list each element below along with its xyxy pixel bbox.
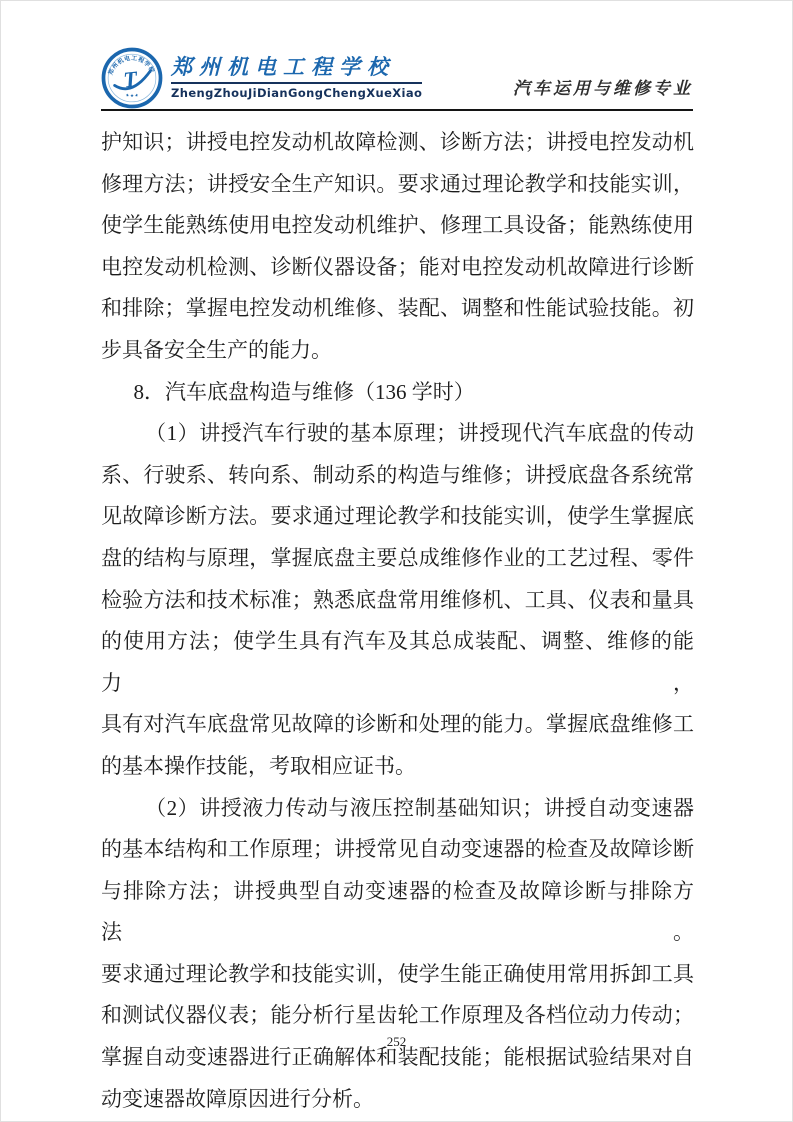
page-header: 郑州机电工程学校 T ★ ★ ★ 郑州机电工程学校 ZhengZhouJiDia… — [101, 45, 693, 109]
text-line: 使学生能熟练使用电控发动机维护、修理工具设备；能熟练使用 — [101, 205, 694, 247]
text-line: 的基本结构和工作原理；讲授常见自动变速器的检查及故障诊断 — [101, 829, 694, 871]
school-name-block: 郑州机电工程学校 ZhengZhouJiDianGongChengXueXiao — [171, 56, 422, 100]
text-line: 动变速器故障原因进行分析。 — [101, 1079, 694, 1121]
text-line: 要求通过理论教学和技能实训，使学生能正确使用常用拆卸工具 — [101, 954, 694, 996]
document-body: 护知识；讲授电控发动机故障检测、诊断方法；讲授电控发动机修理方法；讲授安全生产知… — [101, 122, 694, 1120]
text-line: 检验方法和技术标准；熟悉底盘常用维修机、工具、仪表和量具 — [101, 580, 694, 622]
page-footer: 252 — [1, 1034, 792, 1050]
header-divider — [101, 109, 693, 111]
text-line: （1）讲授汽车行驶的基本原理；讲授现代汽车底盘的传动 — [101, 413, 694, 455]
school-name: 郑州机电工程学校 — [171, 56, 422, 84]
text-line: 和排除；掌握电控发动机维修、装配、调整和性能试验技能。初 — [101, 288, 694, 330]
text-line: 和测试仪器仪表；能分析行星齿轮工作原理及各档位动力传动； — [101, 995, 694, 1037]
text-line: 见故障诊断方法。要求通过理论教学和技能实训，使学生掌握底 — [101, 496, 694, 538]
text-line: 电控发动机检测、诊断仪器设备；能对电控发动机故障进行诊断 — [101, 247, 694, 289]
text-line: 护知识；讲授电控发动机故障检测、诊断方法；讲授电控发动机 — [101, 122, 694, 164]
page-number: 252 — [387, 1034, 407, 1049]
school-logo: 郑州机电工程学校 T ★ ★ ★ — [101, 47, 163, 109]
text-line: 修理方法；讲授安全生产知识。要求通过理论教学和技能实训， — [101, 164, 694, 206]
document-page: 郑州机电工程学校 T ★ ★ ★ 郑州机电工程学校 ZhengZhouJiDia… — [0, 0, 793, 1122]
section-heading-line: 8．汽车底盘构造与维修（136 学时） — [101, 372, 694, 414]
text-line: （2）讲授液力传动与液压控制基础知识；讲授自动变速器 — [101, 788, 694, 830]
text-line: 步具备安全生产的能力。 — [101, 330, 694, 372]
text-line: 的基本操作技能，考取相应证书。 — [101, 746, 694, 788]
text-line: 具有对汽车底盘常见故障的诊断和处理的能力。掌握底盘维修工 — [101, 704, 694, 746]
header-brand: 郑州机电工程学校 T ★ ★ ★ 郑州机电工程学校 ZhengZhouJiDia… — [101, 47, 422, 109]
text-line: 与排除方法；讲授典型自动变速器的检查及故障诊断与排除方法。 — [101, 871, 694, 954]
school-pinyin: ZhengZhouJiDianGongChengXueXiao — [171, 86, 422, 100]
school-seal-icon: 郑州机电工程学校 T ★ ★ ★ — [101, 47, 163, 109]
major-title: 汽车运用与维修专业 — [513, 74, 693, 99]
text-line: 盘的结构与原理，掌握底盘主要总成维修作业的工艺过程、零件 — [101, 538, 694, 580]
text-line: 系、行驶系、转向系、制动系的构造与维修；讲授底盘各系统常 — [101, 455, 694, 497]
text-line: 的使用方法；使学生具有汽车及其总成装配、调整、维修的能力， — [101, 621, 694, 704]
